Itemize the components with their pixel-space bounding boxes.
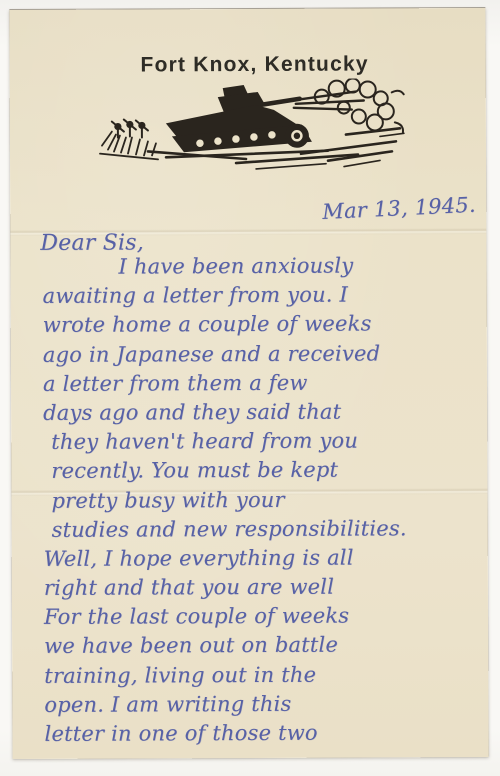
letter-line: I have been anxiously (36, 251, 484, 282)
letter-line: wrote home a couple of weeks (37, 309, 485, 340)
tank-illustration-icon (96, 78, 408, 181)
letter-line: studies and new responsibilities. (38, 514, 486, 545)
letter-line: training, living out in the (38, 660, 486, 691)
letter-line: they haven't heard from you (37, 426, 485, 457)
letter-line: For the last couple of weeks (38, 601, 486, 632)
letter-line: right and that you are well (38, 572, 486, 603)
letter-line: recently. You must be kept (37, 455, 485, 486)
letter-line: we have been out on battle (38, 630, 486, 661)
letter-line: letter in one of those two (38, 718, 486, 749)
letter-paper: Fort Knox, Kentucky (9, 8, 488, 759)
letterhead-title: Fort Knox, Kentucky (10, 52, 486, 78)
letter-line: awaiting a letter from you. I (37, 280, 485, 311)
letter-date: Mar 13, 1945. (322, 193, 477, 224)
scanned-letter: Fort Knox, Kentucky (0, 0, 500, 776)
letter-body: I have been anxiously awaiting a letter … (36, 251, 486, 749)
letter-line: pretty busy with your (37, 484, 485, 515)
letter-line: open. I am writing this (38, 689, 486, 720)
letter-line: days ago and they said that (37, 397, 485, 428)
letter-line: Well, I hope everything is all (38, 543, 486, 574)
letter-line: a letter from them a few (37, 368, 485, 399)
letter-line: ago in Japanese and a received (37, 339, 485, 370)
